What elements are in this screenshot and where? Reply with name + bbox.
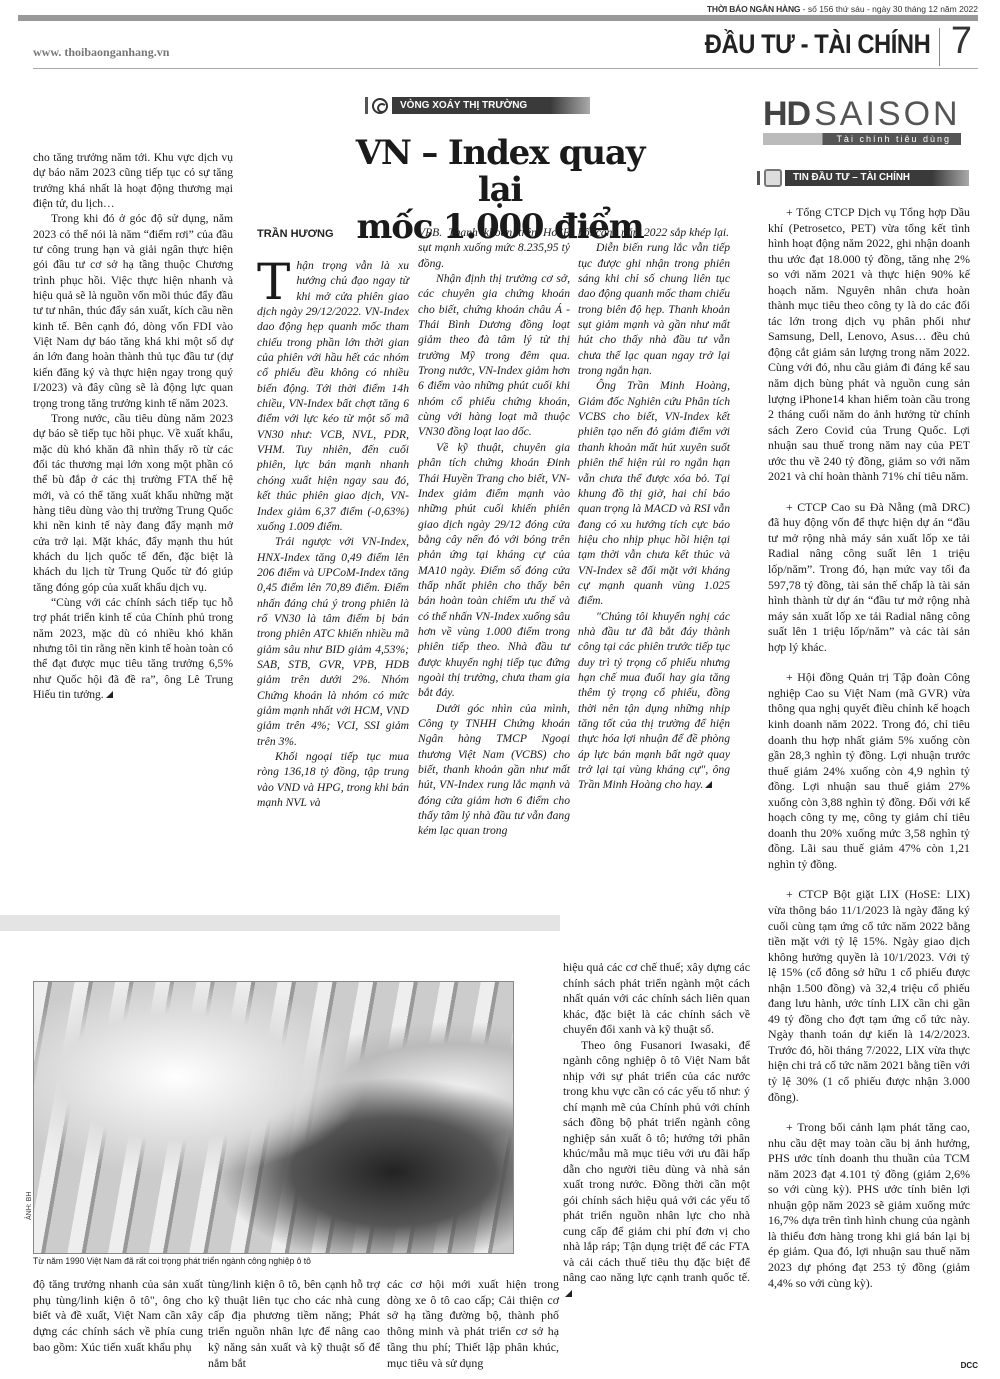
sidebar-section-banner: TIN ĐẦU TƯ – TÀI CHÍNH	[757, 168, 969, 188]
kicker-label: VÒNG XOÁY THỊ TRƯỜNG	[392, 97, 590, 114]
auto-article-col-3: các cơ hội mới xuất hiện trong dòng xe ô…	[387, 1277, 559, 1371]
sidebar-news: + Tổng CTCP Dịch vụ Tổng hợp Dầu khí (Pe…	[768, 205, 970, 1291]
paragraph: Ông Trần Minh Hoàng, Giám đốc Nghiên cứu…	[578, 378, 730, 608]
photo-credit: ẢNH: BH	[26, 1192, 33, 1220]
paragraph: Trong khi đó ở góc độ sử dụng, năm 2023 …	[33, 211, 233, 410]
paragraph: “Cùng với các chính sách tiếp tục hỗ trợ…	[33, 595, 233, 702]
paragraph: Diễn biến rung lắc vẫn tiếp tục được ghi…	[578, 240, 730, 378]
issue-details: - số 156 thứ sáu - ngày 30 tháng 12 năm …	[800, 4, 978, 14]
auto-article-col-1: độ tăng trưởng nhanh của sản xuất phụ tù…	[33, 1277, 203, 1356]
article-column-3: bối cảnh năm 2022 sắp khép lại. Diễn biế…	[578, 225, 730, 793]
kicker-bar	[365, 97, 368, 114]
paragraph: Về kỹ thuật, chuyên gia phân tích chứng …	[418, 440, 570, 701]
left-column: cho tăng trưởng năm tới. Khu vực dịch vụ…	[33, 150, 233, 702]
paragraph: Trái ngược với VN-Index, HNX-Index tăng …	[257, 534, 409, 749]
logo-tagline: Tài chính tiêu dùng	[763, 133, 961, 145]
paragraph: độ tăng trưởng nhanh của sản xuất phụ tù…	[33, 1277, 203, 1356]
photo-caption: Từ năm 1990 Việt Nam đã rất coi trọng ph…	[33, 1256, 311, 1267]
news-item: + Trong bối cảnh lạm phát tăng cao, nhu …	[768, 1120, 970, 1291]
end-mark-icon	[106, 691, 113, 698]
website-url[interactable]: www. thoibaonganhang.vn	[33, 45, 169, 60]
author-signature: DCC	[961, 1361, 978, 1370]
paragraph: Theo ông Fusanori Iwasaki, để ngành công…	[563, 1038, 750, 1302]
header-rule	[33, 68, 978, 69]
paragraph: Nhận định thị trường cơ sở, các chuyên g…	[418, 271, 570, 440]
paragraph: tùng/linh kiện ô tô, bên cạnh hỗ trợ kỹ …	[208, 1277, 380, 1371]
paragraph: cho tăng trưởng năm tới. Khu vực dịch vụ…	[33, 150, 233, 211]
paragraph: Khối ngoại tiếp tục mua ròng 136,18 tỷ đ…	[257, 749, 409, 810]
basket-icon	[764, 169, 782, 187]
section-divider-bar	[0, 915, 560, 931]
end-mark-icon	[565, 1290, 572, 1297]
news-item: + Tổng CTCP Dịch vụ Tổng hợp Dầu khí (Pe…	[768, 205, 970, 485]
article-column-2: VPB. Thanh khoản trên HoSE sụt mạnh xuốn…	[418, 225, 570, 839]
sidebar-section-label: TIN ĐẦU TƯ – TÀI CHÍNH	[785, 170, 969, 186]
spiral-icon	[372, 98, 388, 114]
issue-info: THỜI BÁO NGÂN HÀNG - số 156 thứ sáu - ng…	[707, 4, 978, 14]
news-item: + CTCP Cao su Đà Nẵng (mã DRC) đã huy độ…	[768, 500, 970, 655]
paragraph: "Chúng tôi khuyến nghị các nhà đầu tư đã…	[578, 609, 730, 793]
lead-paragraph: Thận trọng vẫn là xu hướng chủ đạo ngay …	[257, 258, 409, 534]
paragraph: VPB. Thanh khoản trên HoSE sụt mạnh xuốn…	[418, 225, 570, 271]
page-number-divider	[939, 28, 940, 66]
banner-bar	[757, 171, 760, 185]
publication-name: THỜI BÁO NGÂN HÀNG	[707, 4, 800, 14]
section-title: ĐẦU TƯ - TÀI CHÍNH	[704, 29, 930, 60]
auto-article-right-column: hiệu quả các cơ chế thuế; xây dựng các c…	[563, 960, 750, 1301]
news-item: + CTCP Bột giặt LIX (HoSE: LIX) vừa thôn…	[768, 887, 970, 1105]
paragraph: bối cảnh năm 2022 sắp khép lại.	[578, 225, 730, 240]
author-byline: TRẦN HƯƠNG	[257, 228, 334, 240]
paragraph: hiệu quả các cơ chế thuế; xây dựng các c…	[563, 960, 750, 1038]
paragraph: Trong nước, cầu tiêu dùng năm 2023 dự bá…	[33, 411, 233, 595]
top-rule	[18, 15, 978, 21]
auto-article-col-2: tùng/linh kiện ô tô, bên cạnh hỗ trợ kỹ …	[208, 1277, 380, 1371]
news-item: + Hội đồng Quản trị Tập đoàn Công nghiệp…	[768, 670, 970, 872]
hd-saison-logo[interactable]: HDSAISON Tài chính tiêu dùng	[763, 97, 961, 145]
page-number: 7	[951, 20, 972, 63]
car-assembly-line-photo[interactable]	[33, 981, 514, 1254]
paragraph: Dưới góc nhìn của mình, Công ty TNHH Chứ…	[418, 701, 570, 839]
article-column-1: Thận trọng vẫn là xu hướng chủ đạo ngay …	[257, 258, 409, 810]
drop-cap: T	[257, 261, 290, 303]
end-mark-icon	[705, 781, 712, 788]
paragraph: các cơ hội mới xuất hiện trong dòng xe ô…	[387, 1277, 559, 1371]
kicker-banner: VÒNG XOÁY THỊ TRƯỜNG	[365, 97, 590, 114]
